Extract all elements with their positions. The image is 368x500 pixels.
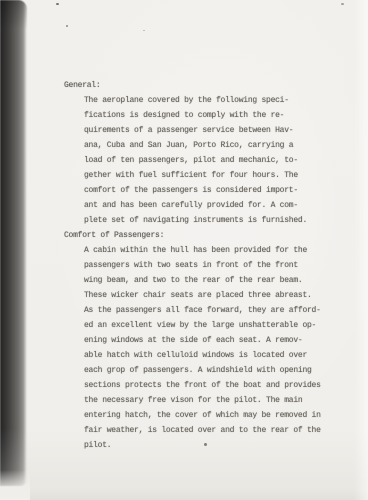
section-heading-general: General: <box>64 78 340 93</box>
text-line: ed an excellent view by the large unshat… <box>84 318 340 333</box>
text-line: As the passengers all face forward, they… <box>84 303 340 318</box>
text-line: ening windows at the side of each seat. … <box>84 333 340 348</box>
binding-shadow <box>0 0 27 486</box>
text-line: These wicker chair seats are placed thre… <box>84 288 340 303</box>
section-heading-comfort: Comfort of Passengers: <box>64 228 340 243</box>
page-edge-highlight <box>354 0 368 500</box>
text-line: ana, Cuba and San Juan, Porto Rico, carr… <box>84 138 340 153</box>
scanned-document-page: General: The aeroplane covered by the fo… <box>0 0 368 500</box>
text-line: gether with fuel sufficient for four hou… <box>84 168 340 183</box>
text-line: The aeroplane covered by the following s… <box>84 93 340 108</box>
text-line: A cabin within the hull has been provide… <box>84 243 340 258</box>
text-line: plete set of navigating instruments is f… <box>84 213 340 228</box>
text-line: able hatch with celluloid windows is loc… <box>84 348 340 363</box>
text-line: the necessary free vison for the pilot. … <box>84 393 340 408</box>
scan-speck <box>143 30 145 31</box>
text-line: fair weather, is located over and to the… <box>84 423 340 438</box>
text-line: quirements of a passenger service betwee… <box>84 123 340 138</box>
text-line: ant and has been carefully provided for.… <box>84 198 340 213</box>
text-line: each grop of passengers. A windshield wi… <box>84 363 340 378</box>
text-line: load of ten passengers, pilot and mechan… <box>84 153 340 168</box>
text-line: pilot. <box>84 438 340 453</box>
typewritten-text-block: General: The aeroplane covered by the fo… <box>64 78 340 453</box>
scan-speck <box>341 3 344 5</box>
text-line: wing beam, and two to the rear of the re… <box>84 273 340 288</box>
text-line: passengers with two seats in front of th… <box>84 258 340 273</box>
text-line: comfort of the passengers is considered … <box>84 183 340 198</box>
text-line: sections protects the front of the boat … <box>84 378 340 393</box>
binding-shadow-fade <box>0 470 30 500</box>
scan-speck <box>56 3 59 5</box>
text-line: entering hatch, the cover of which may b… <box>84 408 340 423</box>
text-line: fications is designed to comply with the… <box>84 108 340 123</box>
scan-speck <box>66 25 68 27</box>
